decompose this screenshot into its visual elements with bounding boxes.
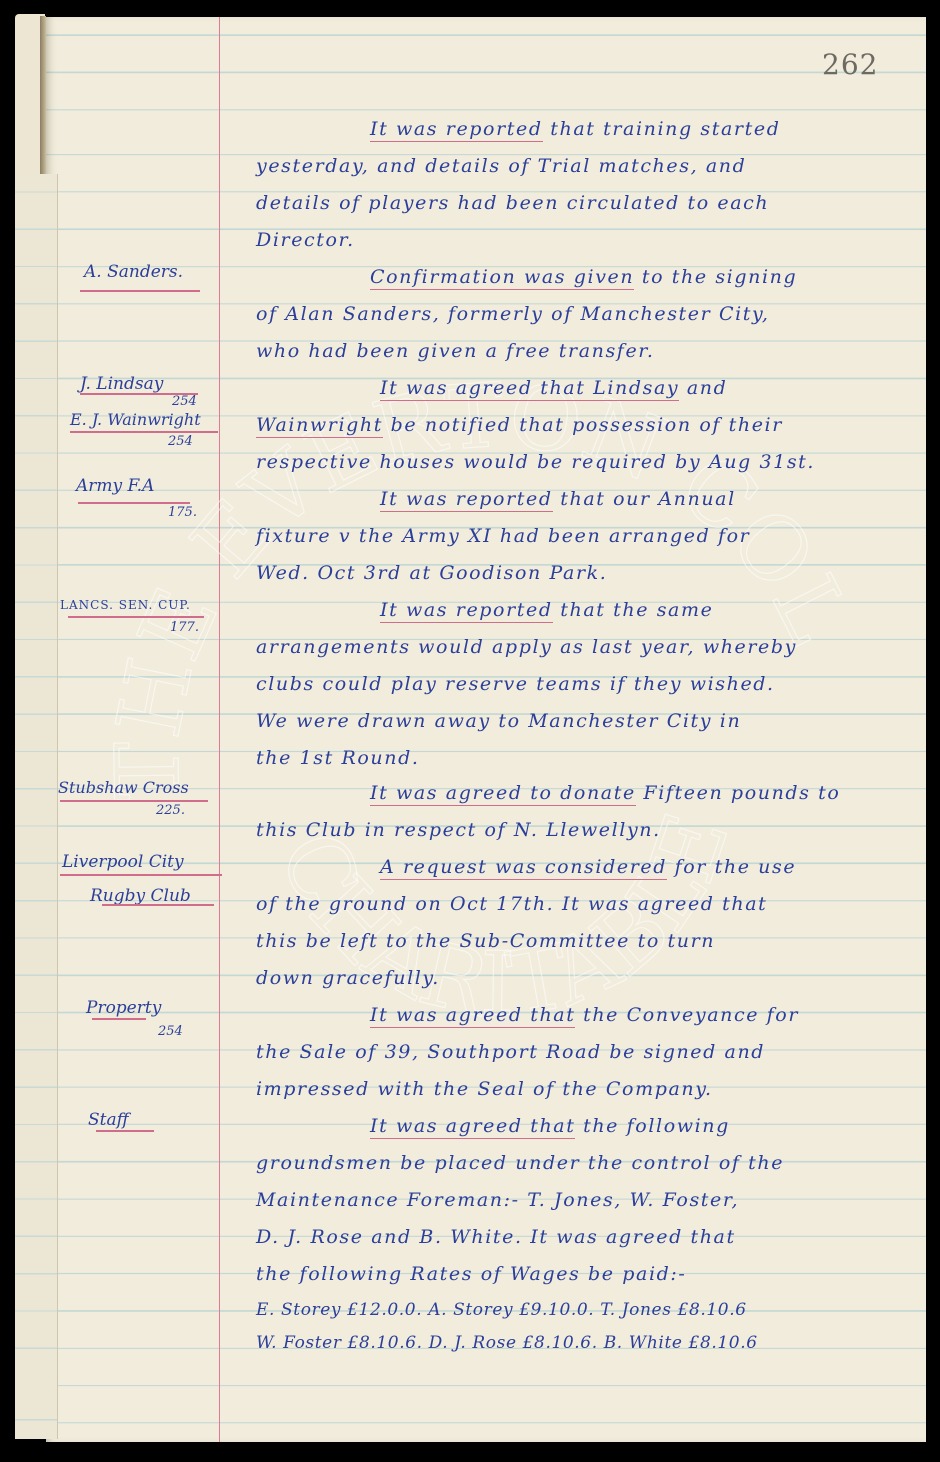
- minute-line: of Alan Sanders, formerly of Manchester …: [256, 303, 769, 325]
- underlined-phrase: It was reported: [370, 118, 543, 142]
- minute-line: It was agreed that the following: [370, 1115, 730, 1137]
- margin-note-sanders: A. Sanders.: [84, 262, 183, 282]
- minute-line: Confirmation was given to the signing: [370, 266, 797, 288]
- wages-line-2: W. Foster £8.10.6. D. J. Rose £8.10.6. B…: [256, 1333, 758, 1353]
- margin-underline: [60, 800, 208, 802]
- minute-line: this Club in respect of N. Llewellyn.: [256, 819, 661, 841]
- margin-note-liverpool-city: Liverpool City: [62, 852, 184, 872]
- margin-rule: [219, 17, 220, 1442]
- minute-line: It was reported that training started: [370, 118, 780, 140]
- minute-line: who had been given a free transfer.: [256, 340, 655, 362]
- underlined-phrase: It was agreed that: [370, 1004, 575, 1028]
- minute-line: Director.: [256, 229, 355, 251]
- minute-line: yesterday, and details of Trial matches,…: [256, 155, 746, 177]
- margin-underline: [70, 431, 218, 433]
- margin-ref-lancs-senior-cup: 177.: [170, 620, 199, 635]
- minute-line: fixture v the Army XI had been arranged …: [256, 525, 750, 547]
- minute-line: of the ground on Oct 17th. It was agreed…: [256, 893, 767, 915]
- margin-underline: [80, 290, 200, 292]
- minute-text: for the use: [667, 856, 796, 878]
- underlined-phrase: It was reported: [380, 599, 553, 623]
- minute-line: A request was considered for the use: [380, 856, 796, 878]
- underlined-phrase: Wainwright: [256, 414, 383, 438]
- minute-line: clubs could play reserve teams if they w…: [256, 673, 775, 695]
- minute-line: It was agreed to donate Fifteen pounds t…: [370, 782, 840, 804]
- underlined-phrase: It was agreed to donate: [370, 782, 636, 806]
- minute-line: It was agreed that the Conveyance for: [370, 1004, 799, 1026]
- margin-note-rugby-club: Rugby Club: [90, 886, 191, 906]
- minute-line: Wed. Oct 3rd at Goodison Park.: [256, 562, 607, 584]
- margin-underline: [60, 874, 222, 876]
- minute-text: and: [679, 377, 727, 399]
- minute-line: arrangements would apply as last year, w…: [256, 636, 797, 658]
- underlined-phrase: It was agreed that: [370, 1115, 575, 1139]
- margin-underline: [78, 502, 190, 504]
- underlined-phrase: Confirmation was given: [370, 266, 634, 290]
- margin-note-lindsay: J. Lindsay: [80, 374, 163, 394]
- margin-ref-lindsay: 254: [172, 394, 197, 409]
- margin-underline: [96, 1130, 154, 1132]
- margin-note-wainwright: E. J. Wainwright: [70, 410, 201, 429]
- margin-ref-wainwright: 254: [168, 434, 193, 449]
- minute-line: this be left to the Sub-Committee to tur…: [256, 930, 715, 952]
- minute-text: to the signing: [634, 266, 797, 288]
- margin-note-staff: Staff: [88, 1110, 129, 1130]
- minute-line: D. J. Rose and B. White. It was agreed t…: [256, 1226, 736, 1248]
- minute-line: It was reported that our Annual: [380, 488, 736, 510]
- minute-line: Wainwright be notified that possession o…: [256, 414, 783, 436]
- lower-page-flap: [15, 174, 58, 1439]
- minute-line: impressed with the Seal of the Company.: [256, 1078, 713, 1100]
- minute-line: It was reported that the same: [380, 599, 713, 621]
- minute-text: that our Annual: [553, 488, 736, 510]
- margin-underline: [68, 616, 204, 618]
- margin-underline: [92, 1018, 146, 1020]
- minute-line: details of players had been circulated t…: [256, 192, 769, 214]
- minute-line: the Sale of 39, Southport Road be signed…: [256, 1041, 765, 1063]
- minute-line: the 1st Round.: [256, 747, 420, 769]
- margin-note-property: Property: [86, 998, 161, 1018]
- minute-line: respective houses would be required by A…: [256, 451, 815, 473]
- margin-note-army-fa: Army F.A: [76, 476, 154, 496]
- minute-text: that the same: [553, 599, 714, 621]
- margin-underline: [102, 904, 214, 906]
- minute-line: We were drawn away to Manchester City in: [256, 710, 741, 732]
- underlined-phrase: It was reported: [380, 488, 553, 512]
- minute-line: It was agreed that Lindsay and: [380, 377, 727, 399]
- minute-text: the following: [575, 1115, 729, 1137]
- minute-line: Maintenance Foreman:- T. Jones, W. Foste…: [256, 1189, 739, 1211]
- margin-note-lancs-senior-cup: LANCS. SEN. CUP.: [60, 598, 191, 612]
- minute-line: the following Rates of Wages be paid:-: [256, 1263, 686, 1285]
- minute-text: be notified that possession of their: [383, 414, 783, 436]
- underlined-phrase: A request was considered: [380, 856, 667, 880]
- margin-ref-army-fa: 175.: [168, 505, 197, 520]
- margin-ref-property: 254: [158, 1024, 183, 1039]
- underlined-phrase: It was agreed that Lindsay: [380, 377, 679, 401]
- margin-ref-stubshaw-cross: 225.: [156, 803, 185, 818]
- minute-line: groundsmen be placed under the control o…: [256, 1152, 784, 1174]
- minute-text: Fifteen pounds to: [636, 782, 841, 804]
- minute-text: that training started: [543, 118, 781, 140]
- minute-text: the Conveyance for: [575, 1004, 799, 1026]
- page-number: 262: [822, 48, 878, 81]
- minute-line: down gracefully.: [256, 967, 440, 989]
- wages-line-1: E. Storey £12.0.0. A. Storey £9.10.0. T.…: [256, 1300, 747, 1320]
- margin-note-stubshaw-cross: Stubshaw Cross: [58, 778, 189, 797]
